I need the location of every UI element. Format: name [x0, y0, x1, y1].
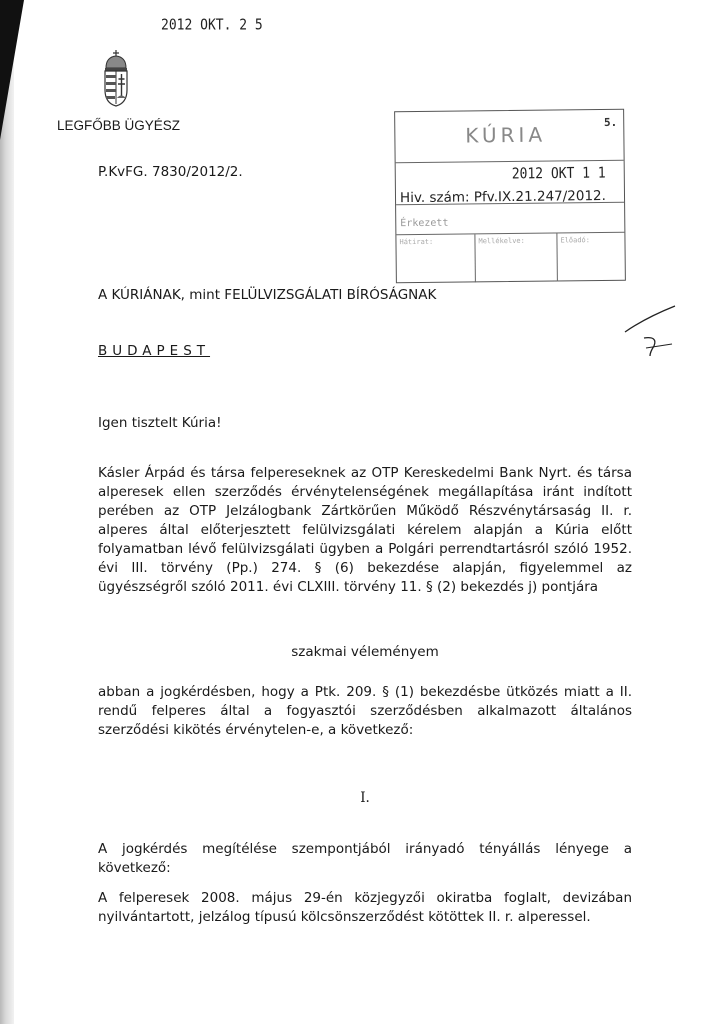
stamp-file-number: Hiv. szám: Pfv.IX.21.247/2012.: [400, 188, 606, 206]
facts-paragraph: A felperesek 2008. május 29-én közjegyző…: [98, 889, 632, 927]
stamp-received-label: Érkezett: [400, 218, 448, 230]
stamp-header-row: KÚRIA 5.: [395, 110, 624, 163]
opinion-heading: szakmai véleményem: [98, 644, 632, 660]
reference-number: P.KvFG. 7830/2012/2.: [98, 164, 243, 180]
city: BUDAPEST: [98, 343, 210, 359]
facts-intro-paragraph: A jogkérdés megítélése szempontjából irá…: [98, 840, 632, 878]
coat-of-arms-icon: [101, 48, 131, 108]
scan-corner-fold: [0, 0, 24, 140]
stamp-title: KÚRIA: [465, 123, 546, 148]
handwritten-seven-mark: [600, 290, 680, 360]
addressee: A KÚRIÁNAK, mint FELÜLVIZSGÁLATI BÍRÓSÁG…: [98, 287, 436, 303]
greeting: Igen tisztelt Kúria!: [98, 415, 222, 431]
stamp-cell: Mellékelve:: [474, 234, 556, 283]
stamp-cells-row: Hátirat: Mellékelve: Előadó:: [396, 232, 625, 283]
court-received-stamp: KÚRIA 5. 2012 OKT 1 1 Hiv. szám: Pfv.IX.…: [394, 109, 626, 283]
stamp-number: 5.: [604, 116, 617, 129]
question-paragraph: abban a jogkérdésben, hogy a Ptk. 209. §…: [98, 683, 632, 740]
stamp-date: 2012 OKT 1 1: [512, 165, 606, 183]
intro-paragraph: Kásler Árpád és társa felpereseknek az O…: [98, 464, 632, 597]
received-date-stamp: 2012 OKT. 2 5: [161, 17, 263, 34]
stamp-cell: Hátirat:: [396, 234, 474, 283]
section-numeral: I.: [98, 790, 632, 806]
scan-edge-shadow: [0, 0, 14, 1024]
office-name: LEGFŐBB ÜGYÉSZ: [57, 118, 180, 133]
stamp-cell: Előadó:: [556, 233, 624, 282]
